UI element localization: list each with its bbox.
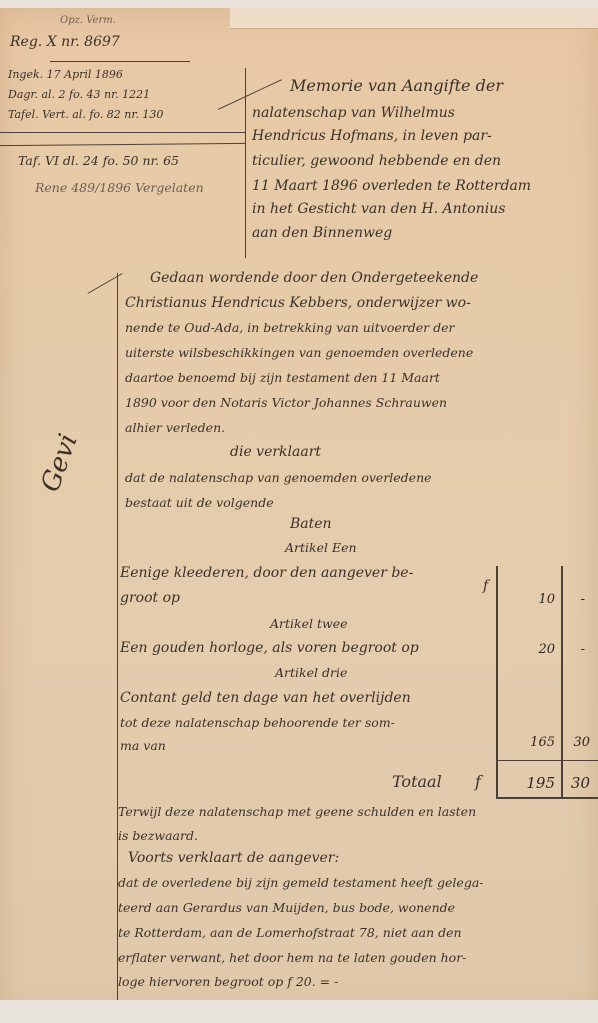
article-2-text-1: Een gouden horloge, als voren begroot op [120,640,419,656]
closing-line-3: Voorts verklaart de aangever: [128,850,339,866]
closing-line-7: erflater verwant, het door hem na te lat… [118,950,466,965]
article-3-text-3: ma van [120,738,166,753]
closing-line-6: te Rotterdam, aan de Lomerhofstraat 78, … [118,925,462,940]
title-line-3: Hendricus Hofmans, in leven par- [252,128,492,144]
article-3-heading: Artikel drie [275,665,347,680]
title-line-4: ticulier, gewoond hebbende en den [252,153,501,169]
opening-line-4: uiterste wilsbeschikkingen van genoemden… [125,345,473,360]
register-number: Reg. X nr. 8697 [10,34,120,50]
title-line-2: nalatenschap van Wilhelmus [252,105,455,121]
margin-signature: Gevi [35,430,83,496]
opening-line-2: Christianus Hendricus Kebbers, onderwijz… [125,295,471,311]
page-bottom-edge [0,1000,598,1023]
closing-line-4: dat de overledene bij zijn gemeld testam… [118,875,484,890]
article-3-guilders: 165 [505,735,555,750]
opening-line-7: alhier verleden. [125,420,225,435]
closing-line-8: loge hiervoren begroot op f 20. = - [118,974,338,989]
article-3-text-2: tot deze nalatenschap behoorende ter som… [120,715,395,730]
closing-line-5: teerd aan Gerardus van Muijden, bus bode… [118,900,455,915]
registry-label: Opz. Verm. [60,15,116,26]
total-guilders: 195 [505,774,555,792]
total-currency: f [475,772,481,791]
margin-line-2: Dagr. al. 2 fo. 43 nr. 1221 [8,88,150,101]
article-3-text-1: Contant geld ten dage van het overlijden [120,690,411,706]
statement-line-2: bestaat uit de volgende [125,495,274,510]
total-label: Totaal [392,772,442,791]
tafel-reference: Taf. VI dl. 24 fo. 50 nr. 65 [18,153,179,168]
total-rule-bottom [496,797,598,799]
article-2-guilders: 20 [505,642,555,657]
total-rule-top [496,760,598,761]
title-line-5: 11 Maart 1896 overleden te Rotterdam [252,178,531,194]
article-1-heading: Artikel Een [285,540,357,555]
statement-line-1: dat de nalatenschap van genoemden overle… [125,470,432,485]
article-1-guilders: 10 [505,592,555,607]
article-1-text-1: Eenige kleederen, door den aangever be- [120,565,413,581]
margin-line-1: Ingek. 17 April 1896 [8,68,123,81]
divider-line [0,143,245,146]
opening-line-6: 1890 voor den Notaris Victor Johannes Sc… [125,395,447,410]
article-1-currency: f [483,578,488,594]
closing-line-2: is bezwaard. [118,828,198,843]
article-1-cents: - [565,592,585,607]
opening-line-1: Gedaan wordende door den Ondergeteekende [150,270,478,286]
document-page: Opz. Verm. Reg. X nr. 8697 Ingek. 17 Apr… [0,8,598,1011]
amount-column-rule-right [561,566,563,798]
title-line-6: in het Gesticht van den H. Antonius [252,201,505,217]
article-2-heading: Artikel twee [270,616,347,631]
declares-heading: die verklaart [230,444,321,460]
title-line-7: aan den Binnenweg [252,225,392,241]
title-line-1: Memorie van Aangifte der [290,76,503,95]
closing-line-1: Terwijl deze nalatenschap met geene schu… [118,804,476,819]
body-margin-rule [117,273,118,1008]
divider-line [50,61,190,62]
amount-column-rule-left [496,566,498,798]
article-3-cents: 30 [565,735,590,750]
margin-remark: Rene 489/1896 Vergelaten [35,180,204,195]
article-2-cents: - [565,642,585,657]
page-top-edge [230,8,598,29]
opening-line-5: daartoe benoemd bij zijn testament den 1… [125,370,440,385]
opening-line-3: nende te Oud-Ada, in betrekking van uitv… [125,320,455,335]
total-cents: 30 [565,774,590,792]
article-1-text-2: groot op [120,590,180,606]
margin-line-3: Tafel. Vert. al. fo. 82 nr. 130 [8,108,163,121]
section-heading-baten: Baten [290,516,332,532]
divider-line [0,132,245,133]
